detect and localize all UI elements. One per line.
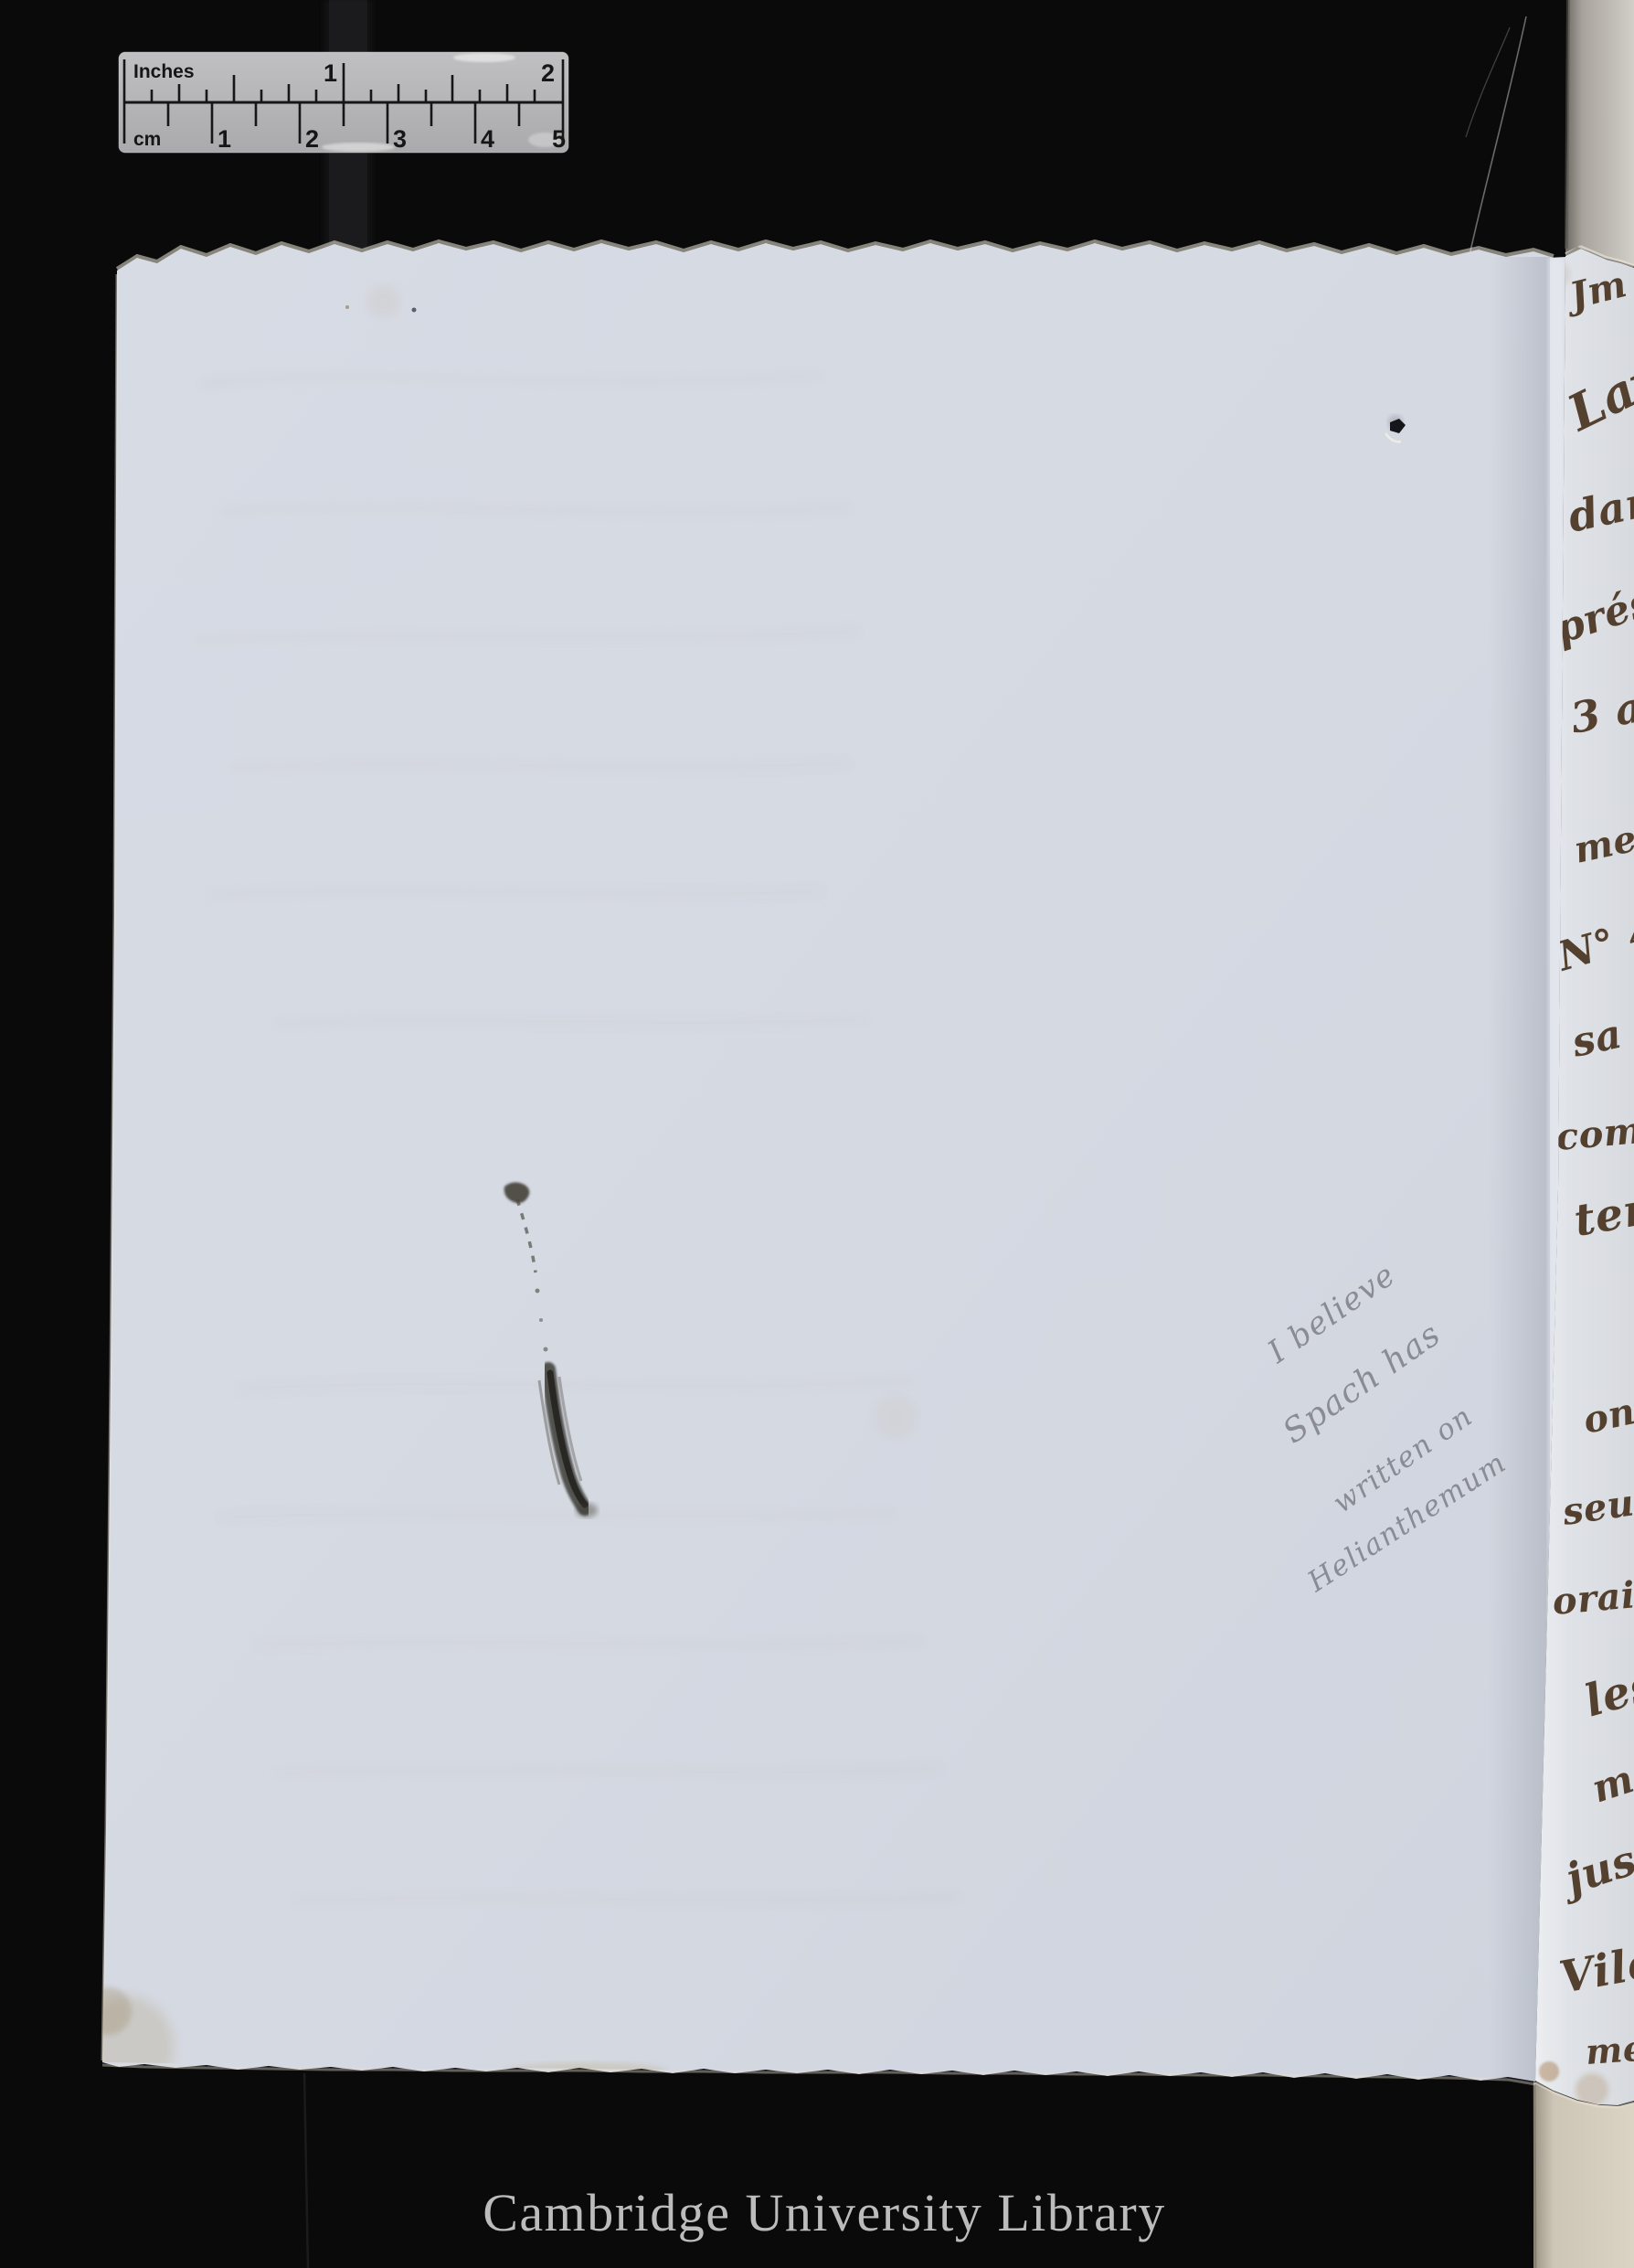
ruler-inches-label: Inches xyxy=(133,61,195,82)
cream-edge-bottom xyxy=(1533,2082,1634,2268)
cream-edge-top-shadowline xyxy=(1566,0,1568,249)
foxing-stain xyxy=(367,285,400,318)
cream-edge-top xyxy=(1565,0,1634,266)
manuscript-scan: I believe Spach has written on Helianthe… xyxy=(0,0,1634,2268)
fold-shadow xyxy=(1488,257,1550,2083)
foxing-stain xyxy=(873,1394,918,1440)
ruler-cm-number: 3 xyxy=(393,125,407,153)
ruler-cm-number: 4 xyxy=(481,125,494,153)
ruler-cm-number: 5 xyxy=(552,125,566,153)
scan-canvas: I believe Spach has written on Helianthe… xyxy=(0,0,1634,2268)
ruler: Inches 1 2 cm 1 2 3 4 5 xyxy=(119,52,568,153)
ink-fragment: me xyxy=(1584,2028,1634,2072)
ruler-shine xyxy=(453,53,515,62)
ruler-shine xyxy=(322,143,395,152)
ruler-cm-number: 1 xyxy=(218,125,231,153)
main-page xyxy=(102,243,1565,2082)
cream-edge-bottom-shadowline xyxy=(1534,2084,1535,2268)
main-page-group: I believe Spach has written on Helianthe… xyxy=(73,241,1565,2096)
foxing-stain xyxy=(1539,2061,1559,2082)
paper-speck xyxy=(345,305,349,309)
ruler-inch-number: 2 xyxy=(541,59,555,87)
ruler-inch-number: 1 xyxy=(324,59,337,87)
watermark: Cambridge University Library xyxy=(483,2183,1166,2242)
paper-speck xyxy=(412,308,417,313)
ruler-cm-number: 2 xyxy=(305,125,319,153)
ruler-cm-label: cm xyxy=(133,129,161,150)
